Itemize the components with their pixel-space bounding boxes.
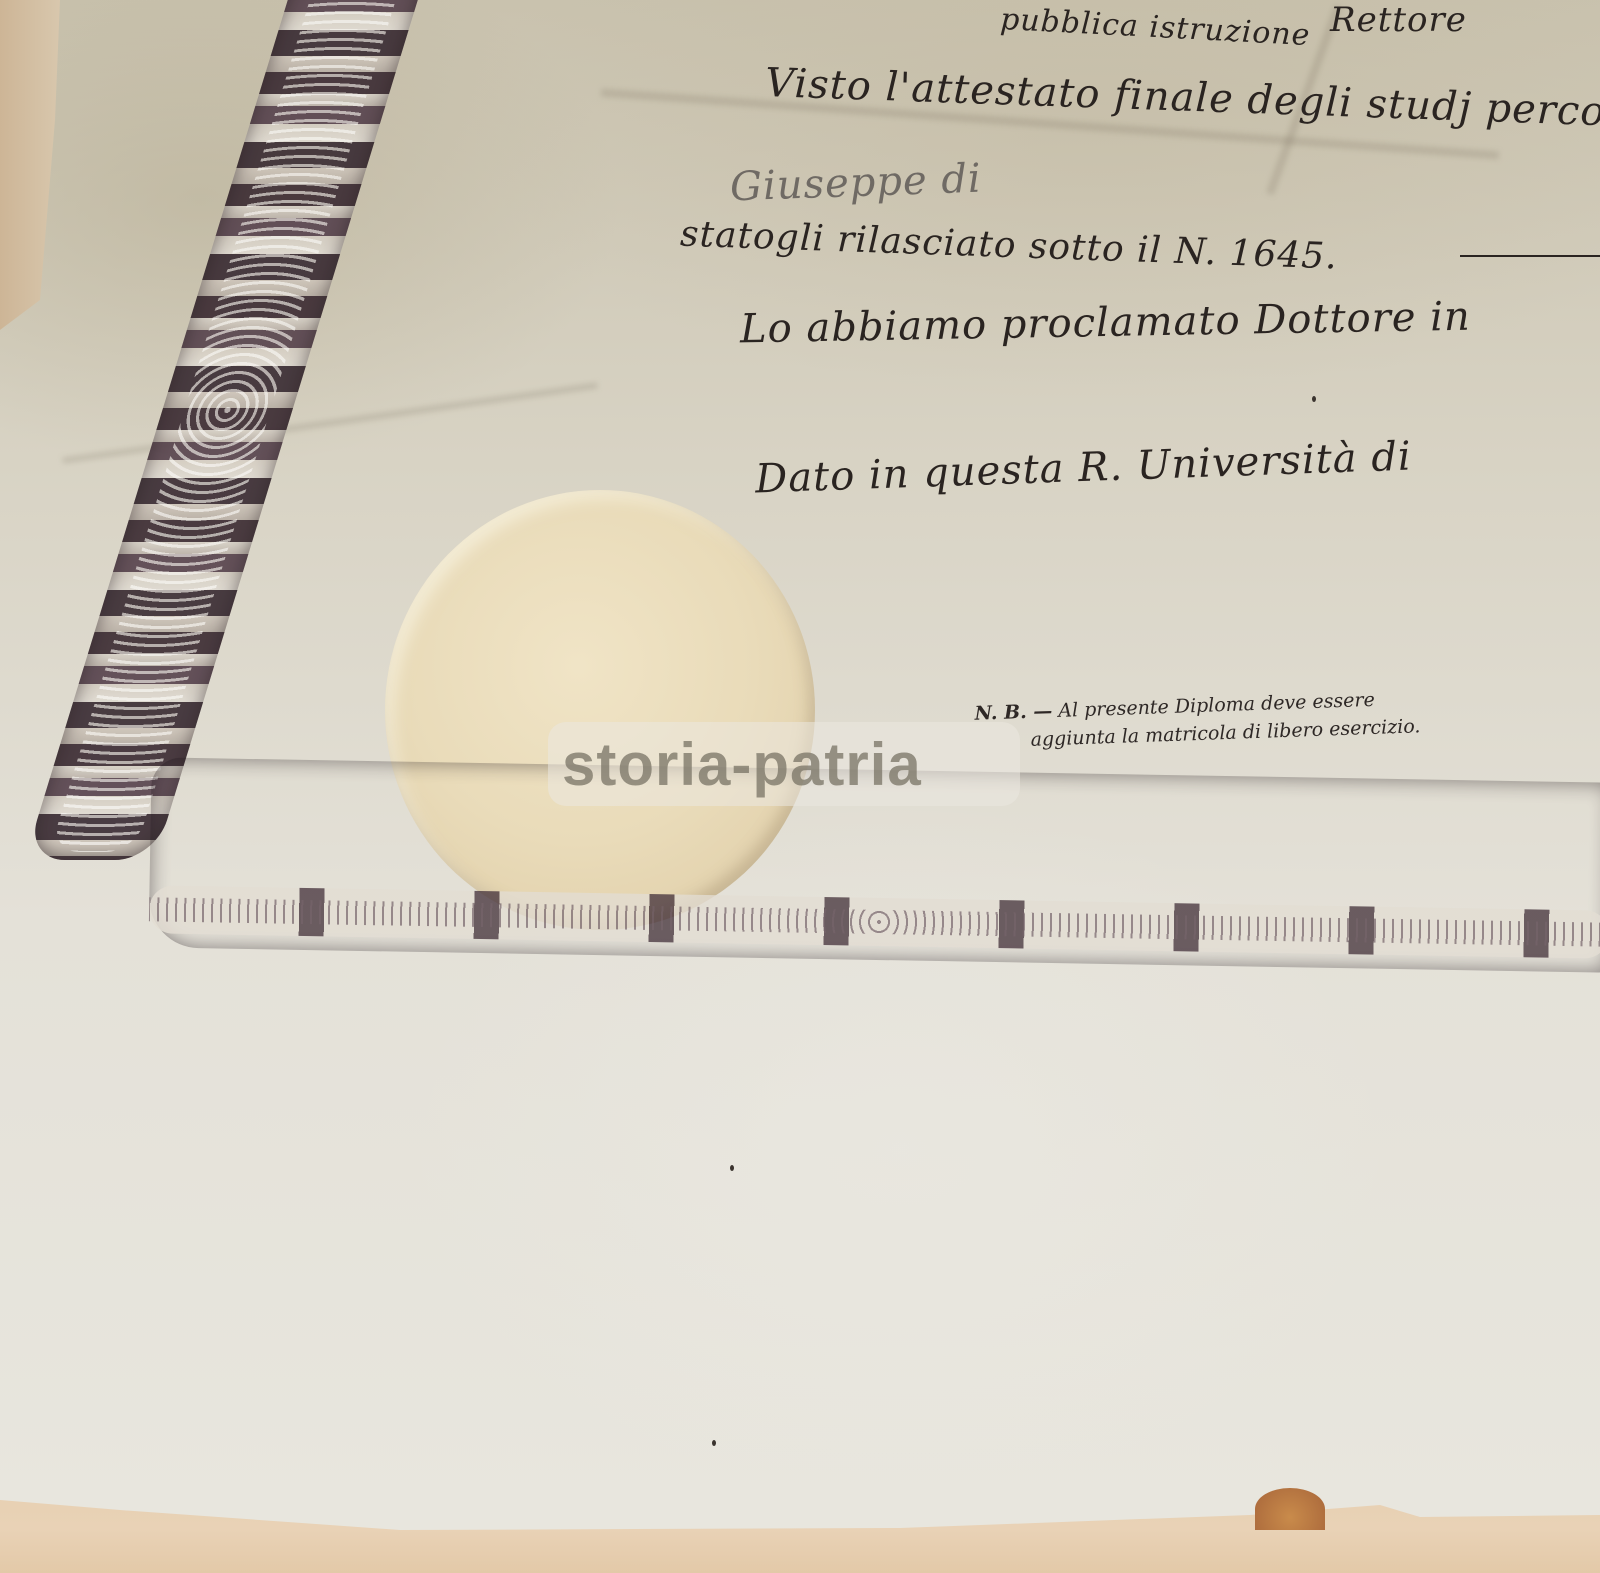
- script-dash: [1460, 255, 1600, 257]
- paper-stain: [1255, 1488, 1325, 1530]
- watermark: storia-patria: [548, 722, 1020, 806]
- ink-dot: [1312, 396, 1316, 402]
- paper-speck: [730, 1165, 734, 1171]
- paper-speck: [712, 1440, 716, 1446]
- script-line-rettore: Rettore: [1330, 0, 1467, 40]
- watermark-text: storia-patria: [562, 730, 922, 799]
- script-line-name: Giuseppe di: [729, 156, 982, 211]
